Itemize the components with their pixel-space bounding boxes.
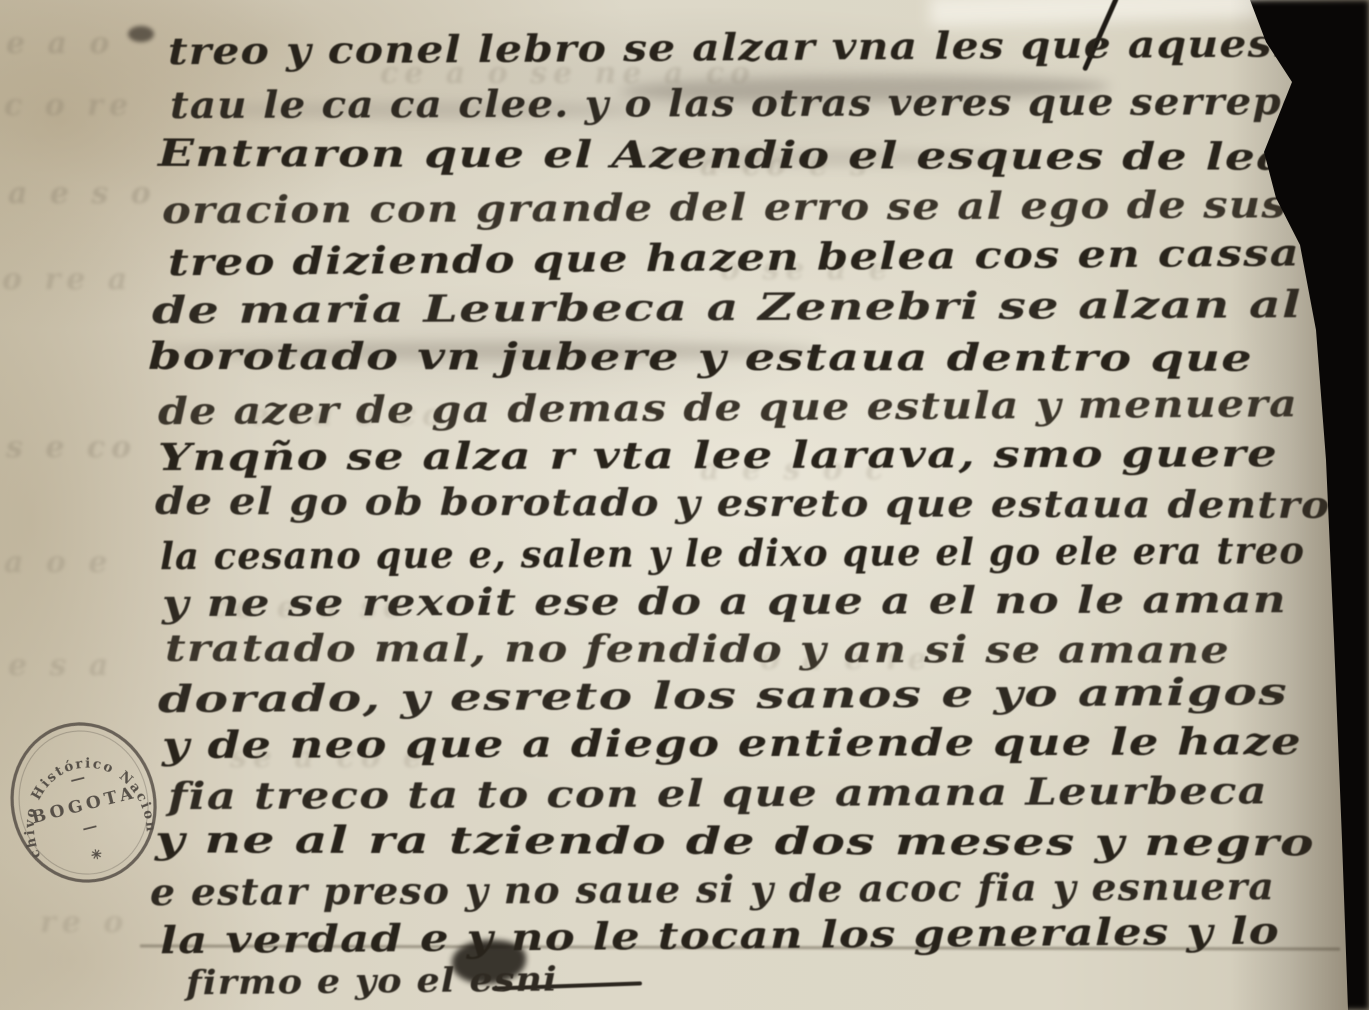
manuscript-line-20: firmo e yo el esni [184, 960, 559, 1004]
ink-smudge [128, 26, 154, 42]
manuscript-line-17: y ne al ra tziendo de dos meses y negro [154, 817, 1315, 864]
manuscript-line-5: treo diziendo que hazen belea cos en cas… [168, 230, 1300, 284]
manuscript-line-12: y ne se rexoit ese do a que a el no le a… [161, 577, 1287, 625]
manuscript-line-11: la cesano que e, salen y le dixo que el … [160, 528, 1305, 578]
manuscript-photo: e a o c o re a e s o o re a s e co a o e… [0, 0, 1369, 1010]
bleedthrough-text: a o e [4, 545, 113, 580]
bleedthrough-text: c o re [4, 88, 134, 123]
manuscript-line-8: de azer de ga demas de que estula y menu… [158, 381, 1298, 433]
manuscript-line-10: de el go ob borotado y esreto que estaua… [155, 479, 1330, 527]
manuscript-line-4: oracion con grande del erro se al ego de… [162, 182, 1287, 232]
manuscript-line-14: dorado, y esreto los sanos e yo amigos [158, 669, 1288, 721]
manuscript-line-6: de maria Leurbeca a Zenebri se alzan al [152, 282, 1302, 332]
stamp-dash-bottom: — [80, 816, 99, 837]
manuscript-line-9: Ynqño se alza r vta lee larava, smo guer… [158, 431, 1278, 479]
stamp-star-icon: ✳ [90, 847, 104, 864]
manuscript-line-7: borotado vn jubere y estaua dentro que [148, 334, 1253, 380]
bleedthrough-text: re o [40, 905, 129, 940]
manuscript-line-15: y de neo que a diego entiende que le haz… [161, 719, 1302, 767]
manuscript-line-3: Entraron que el Azendio el esques de lea [157, 131, 1288, 179]
bleedthrough-text: a e s o [8, 176, 157, 211]
manuscript-line-1: treo y conel lebro se alzar vna les que … [168, 21, 1290, 73]
bleedthrough-text: s e co [6, 430, 137, 465]
bleedthrough-text: o re a [2, 262, 133, 297]
bleedthrough-text: e s a [8, 648, 114, 683]
bleedthrough-text: e a o [6, 26, 115, 61]
manuscript-line-16: fia treco ta to con el que amana Leurbec… [164, 768, 1268, 818]
manuscript-line-2: tau le ca ca clee. y o las otras veres q… [170, 79, 1310, 127]
